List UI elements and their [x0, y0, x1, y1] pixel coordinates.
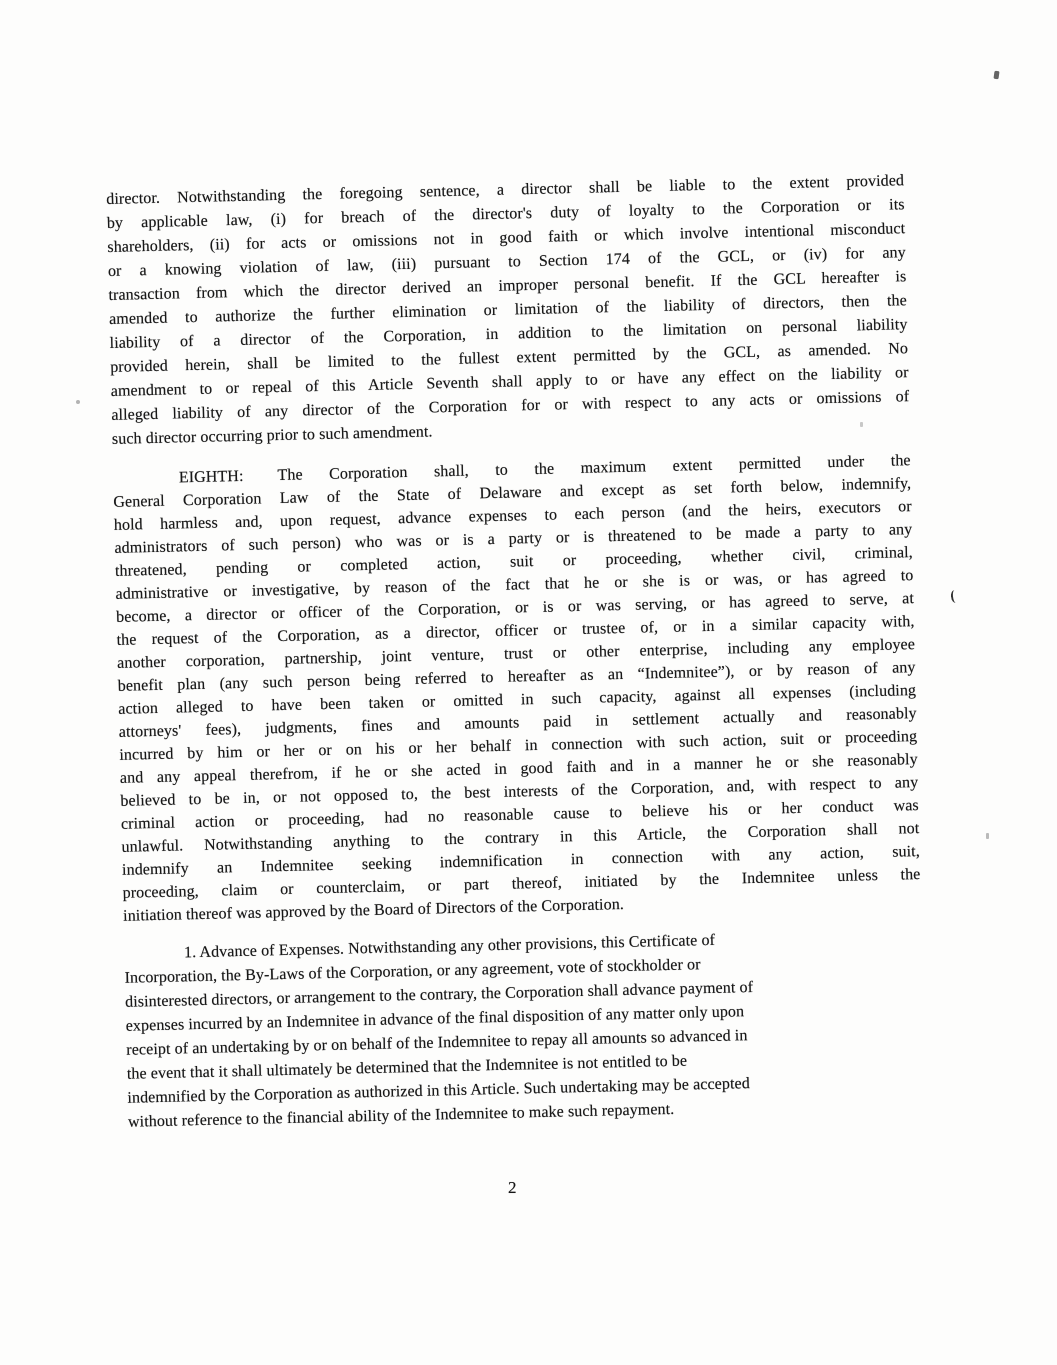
scan-speck: [950, 590, 958, 604]
scan-speck: [76, 400, 80, 404]
paragraph-advance-of-expenses: 1. Advance of Expenses. Notwithstanding …: [124, 924, 926, 1135]
scan-speck: [986, 833, 989, 839]
scan-speck: [993, 71, 999, 80]
article-heading: EIGHTH:: [179, 468, 244, 487]
paragraph-seventh-continuation: director. Notwithstanding the foregoing …: [106, 169, 910, 452]
document-page: director. Notwithstanding the foregoing …: [0, 0, 1057, 1365]
paragraph-article-eighth: EIGHTH:The Corporation shall, to the max…: [113, 449, 922, 928]
page-text-block: director. Notwithstanding the foregoing …: [106, 169, 926, 1135]
tab-gap: [244, 480, 278, 481]
first-line-indent: [113, 482, 179, 484]
page-number: 2: [508, 1178, 532, 1198]
scan-speck: [860, 422, 863, 427]
